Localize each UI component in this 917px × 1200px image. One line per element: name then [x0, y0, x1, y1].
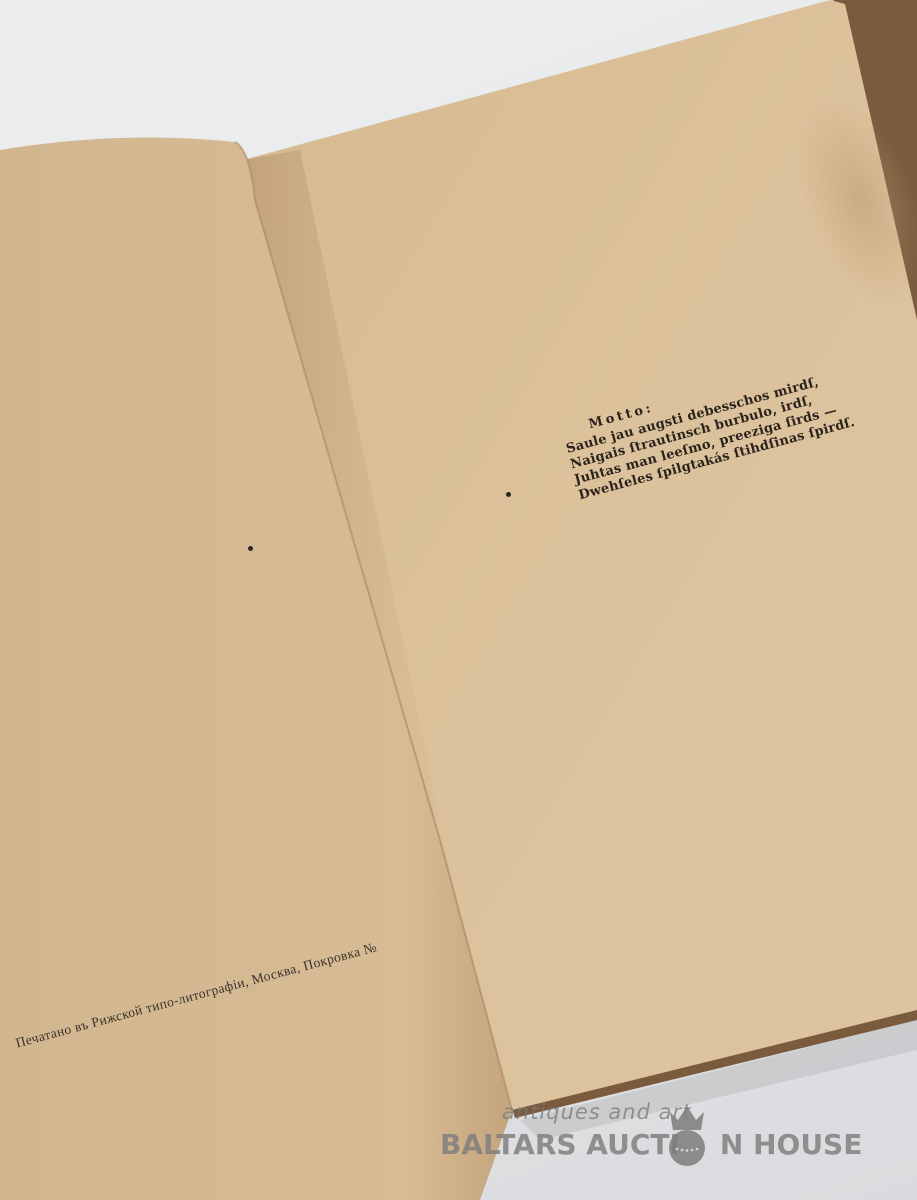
watermark-brand-part2: N HOUSE — [720, 1128, 862, 1161]
crown-orb-icon — [666, 1102, 708, 1168]
watermark-brand-part1: BALTARS AUCTI — [440, 1128, 680, 1161]
watermark-tagline: antiques and art — [502, 1100, 691, 1124]
auction-house-watermark: antiques and art BALTARS AUCTIN HOUSE — [440, 1100, 840, 1170]
book-photo: Motto: Saule jau augsti debesschos mirdſ… — [0, 0, 917, 1200]
open-book-illustration — [0, 0, 917, 1200]
paper-mark — [248, 546, 253, 551]
paper-mark — [506, 492, 511, 497]
watermark-brand: BALTARS AUCTIN HOUSE — [440, 1128, 862, 1161]
